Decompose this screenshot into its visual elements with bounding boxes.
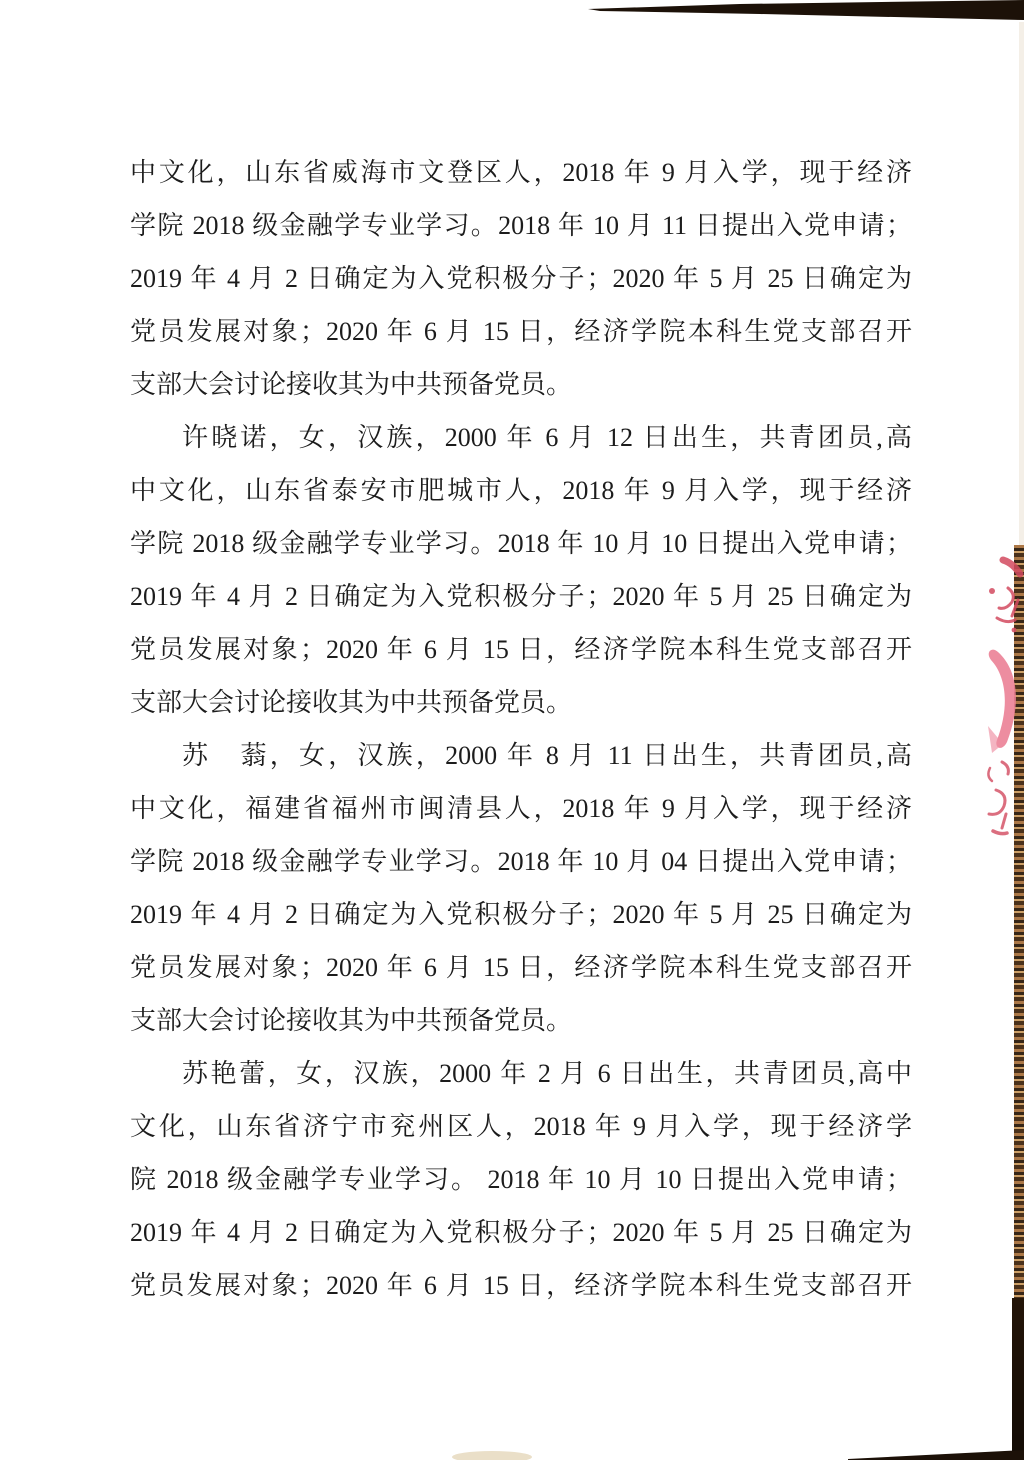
text-line-p3-l6: 支部大会讨论接收其为中共预备党员。 [130, 994, 912, 1047]
text-line-p4-l1: 苏艳蕾，女，汉族，2000 年 2 月 6 日出生，共青团员,高中 [130, 1047, 912, 1100]
text-line-p2-l4: 2019 年 4 月 2 日确定为入党积极分子；2020 年 5 月 25 日确… [130, 570, 912, 623]
text-line-p4-l3: 院 2018 级金融学专业学习。 2018 年 10 月 10 日提出入党申请； [130, 1153, 912, 1206]
document-body: 中文化，山东省威海市文登区人，2018 年 9 月入学，现于经济学院 2018 … [130, 146, 912, 1312]
paper-edge-highlight [1019, 22, 1024, 547]
text-line-p3-l2: 中文化，福建省福州市闽清县人，2018 年 9 月入学，现于经济 [130, 782, 912, 835]
text-line-p3-l3: 学院 2018 级金融学专业学习。2018 年 10 月 04 日提出入党申请； [130, 835, 912, 888]
red-stamp-crescent [988, 650, 1016, 753]
text-line-p2-l6: 支部大会讨论接收其为中共预备党员。 [130, 676, 912, 729]
text-line-p4-l5: 党员发展对象；2020 年 6 月 15 日，经济学院本科生党支部召开 [130, 1259, 912, 1312]
scanned-document-page: 中文化，山东省威海市文登区人，2018 年 9 月入学，现于经济学院 2018 … [0, 0, 1024, 1460]
text-line-p3-l1: 苏 蓊，女，汉族，2000 年 8 月 11 日出生，共青团员,高 [130, 729, 912, 782]
red-stamp-fragment-bottom [988, 762, 1008, 834]
text-line-p1-l5: 支部大会讨论接收其为中共预备党员。 [130, 358, 912, 411]
text-line-p1-l1: 中文化，山东省威海市文登区人，2018 年 9 月入学，现于经济 [130, 146, 912, 199]
text-line-p1-l2: 学院 2018 级金融学专业学习。2018 年 10 月 11 日提出入党申请； [130, 199, 912, 252]
text-line-p2-l1: 许晓诺，女，汉族，2000 年 6 月 12 日出生，共青团员,高 [130, 411, 912, 464]
text-line-p1-l4: 党员发展对象；2020 年 6 月 15 日，经济学院本科生党支部召开 [130, 305, 912, 358]
text-line-p4-l2: 文化，山东省济宁市兖州区人，2018 年 9 月入学，现于经济学 [130, 1100, 912, 1153]
text-line-p3-l5: 党员发展对象；2020 年 6 月 15 日，经济学院本科生党支部召开 [130, 941, 912, 994]
text-line-p1-l3: 2019 年 4 月 2 日确定为入党积极分子；2020 年 5 月 25 日确… [130, 252, 912, 305]
bottom-edge-shadow [848, 1450, 1024, 1460]
text-line-p2-l2: 中文化，山东省泰安市肥城市人，2018 年 9 月入学，现于经济 [130, 464, 912, 517]
bottom-smudge [452, 1451, 532, 1460]
text-line-p4-l4: 2019 年 4 月 2 日确定为入党积极分子；2020 年 5 月 25 日确… [130, 1206, 912, 1259]
text-line-p2-l5: 党员发展对象；2020 年 6 月 15 日，经济学院本科生党支部召开 [130, 623, 912, 676]
page-top-edge-shadow [588, 0, 1024, 20]
wood-edge-strip-dark [1012, 1298, 1024, 1460]
text-line-p3-l4: 2019 年 4 月 2 日确定为入党积极分子；2020 年 5 月 25 日确… [130, 888, 912, 941]
wood-edge-strip [1014, 545, 1024, 1300]
text-line-p2-l3: 学院 2018 级金融学专业学习。2018 年 10 月 10 日提出入党申请； [130, 517, 912, 570]
